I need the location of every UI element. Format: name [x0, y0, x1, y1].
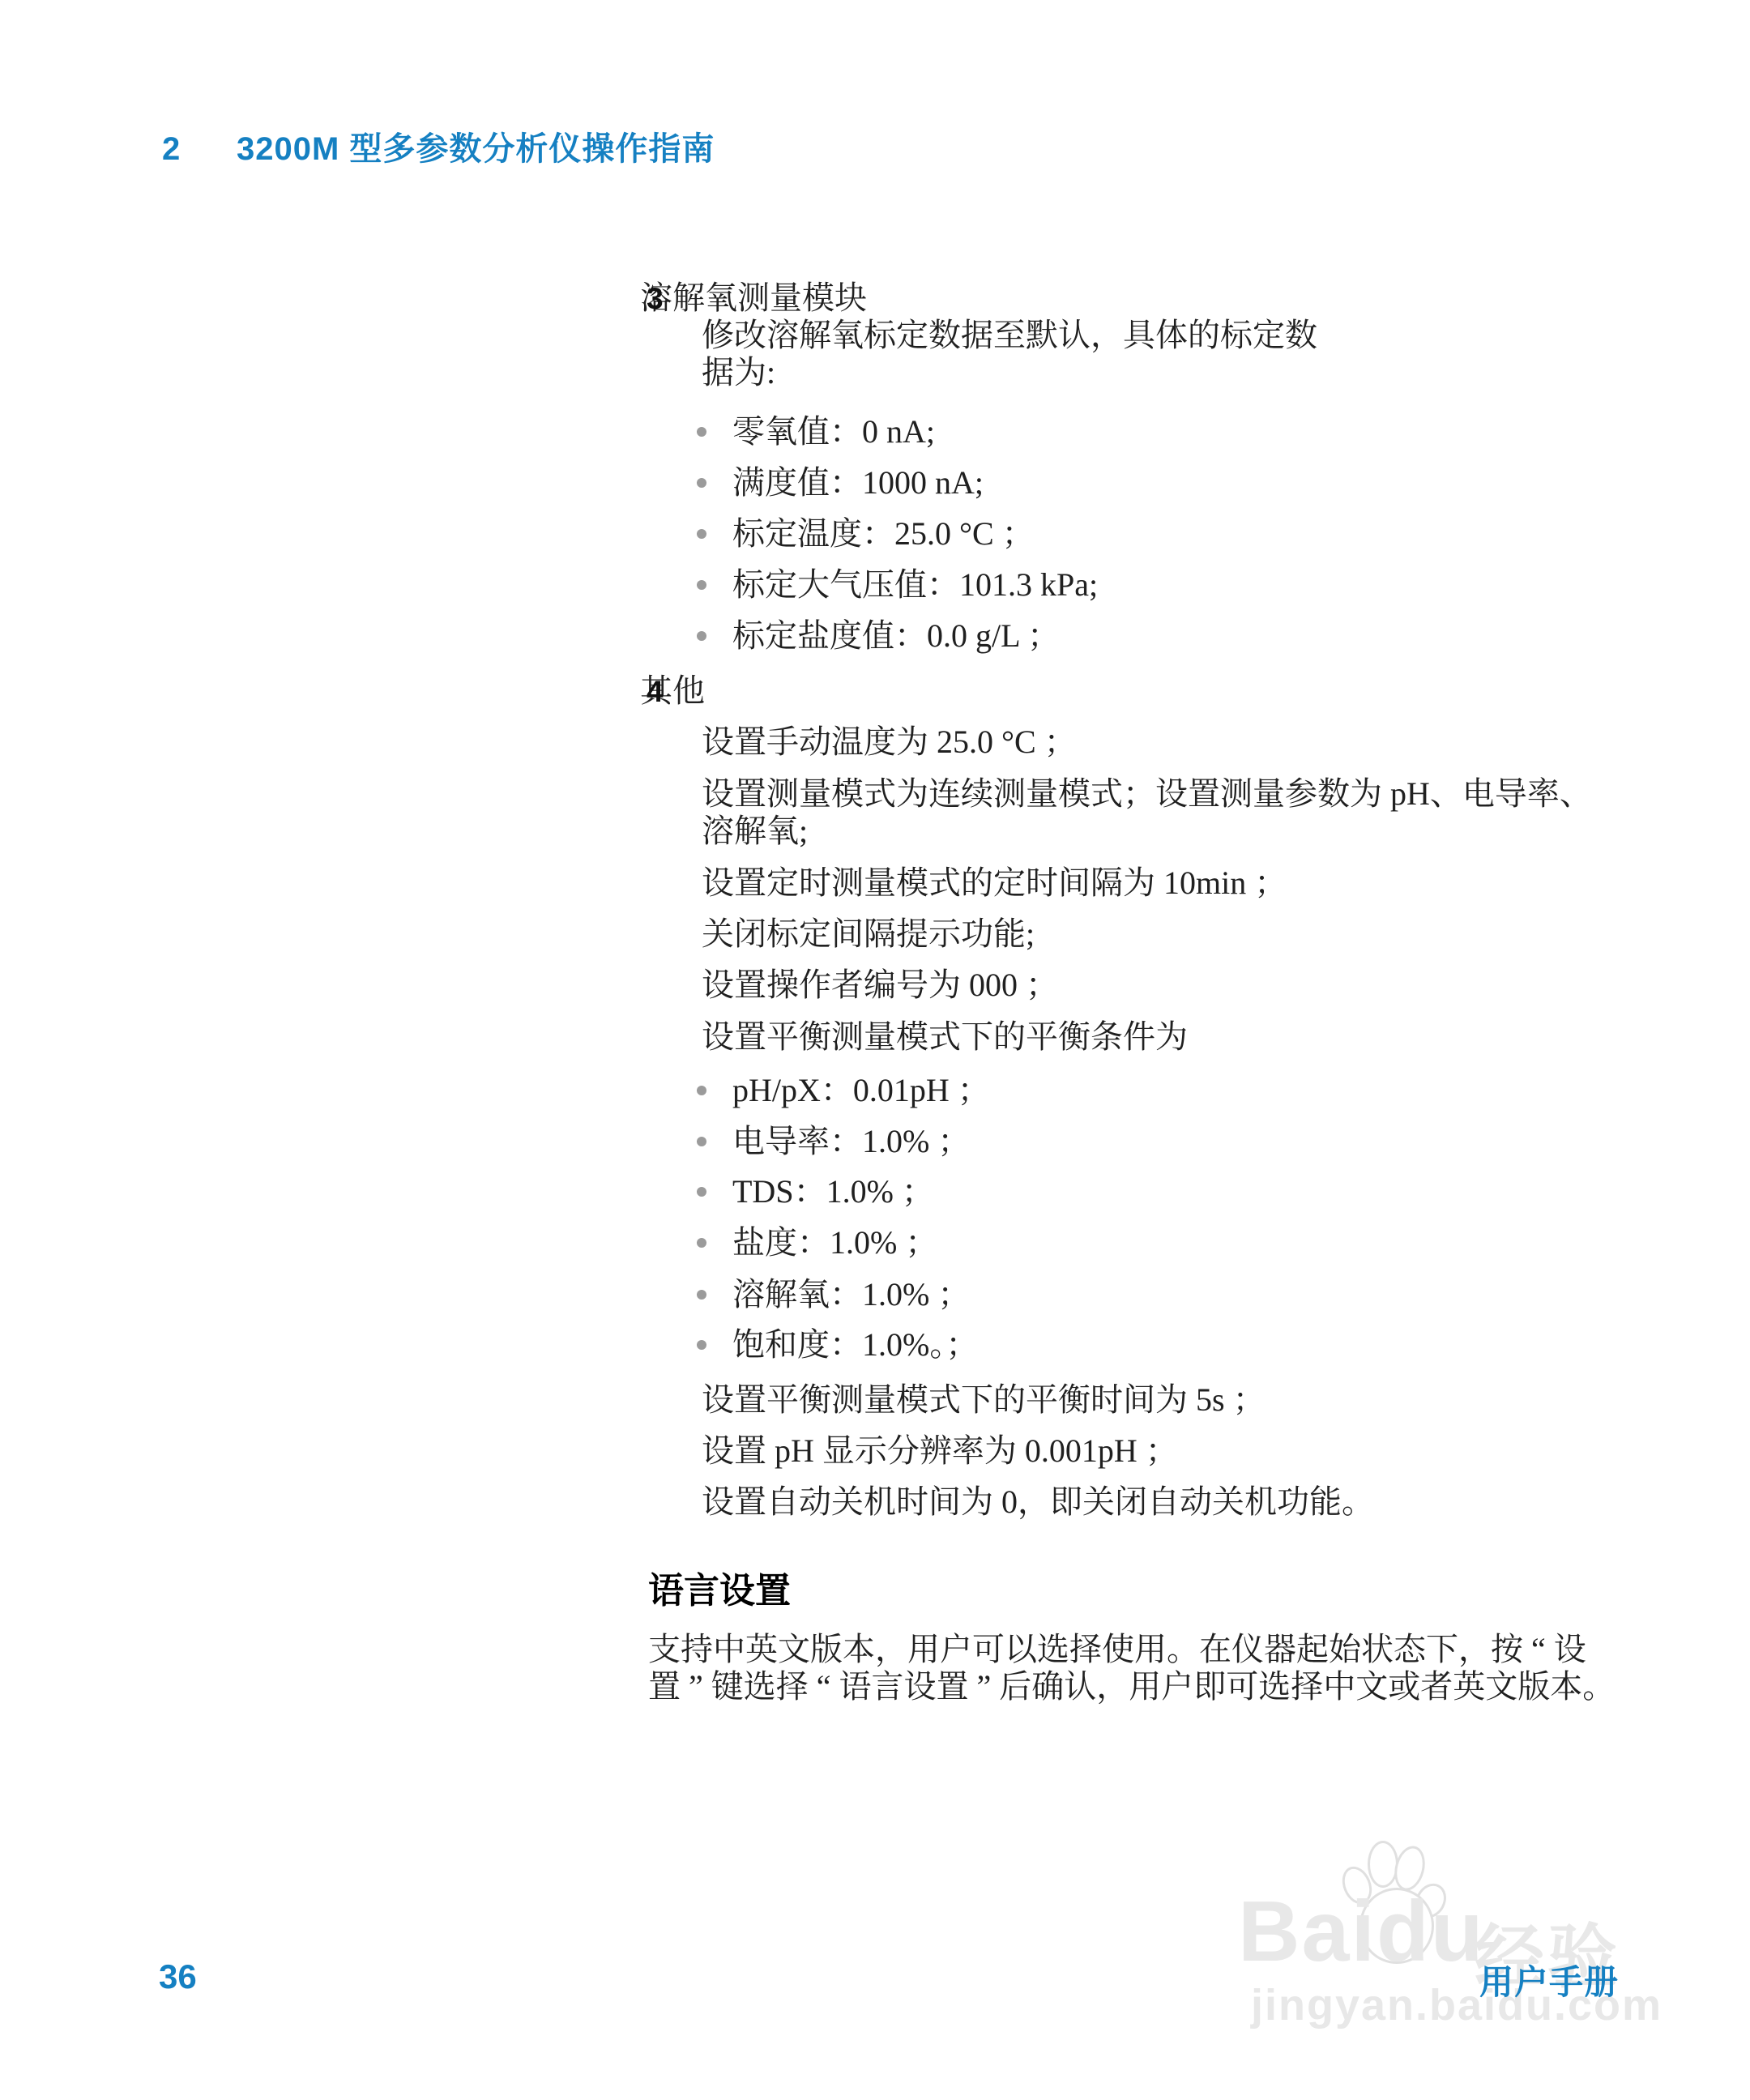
- chapter-number: 2: [162, 128, 237, 170]
- watermark-brand-text: Baidu: [1238, 1883, 1484, 1981]
- bullet-item: 标定大气压值：101.3 kPa;: [640, 566, 1653, 604]
- bullet-item: pH/pX：0.01pH ；: [640, 1072, 1653, 1109]
- bullet-icon: [697, 1086, 706, 1095]
- bullet-text: 满度值：1000 nA;: [732, 464, 984, 501]
- page-header: 23200M 型多参数分析仪操作指南: [162, 128, 715, 170]
- paragraph-line: 设置手动温度为 25.0 °C ；: [640, 723, 1653, 761]
- page-body: 3 溶解氧测量模块 修改溶解氧标定数据至默认，具体的标定数 据为: 零氧值：0 …: [640, 280, 1653, 1705]
- section-heading: 语言设置: [640, 1570, 1653, 1612]
- bullet-icon: [697, 1340, 706, 1350]
- bullet-item: 标定盐度值：0.0 g/L ；: [640, 617, 1653, 655]
- list-item: 4 其他: [640, 672, 1653, 710]
- list-item: 3 溶解氧测量模块: [640, 280, 1653, 317]
- page-title: 3200M 型多参数分析仪操作指南: [237, 131, 715, 167]
- manual-page: 23200M 型多参数分析仪操作指南 3 溶解氧测量模块 修改溶解氧标定数据至默…: [0, 0, 1750, 2100]
- paragraph-line: 关闭标定间隔提示功能;: [640, 916, 1653, 953]
- bullet-text: 电导率：1.0% ；: [732, 1123, 970, 1159]
- bullet-icon: [697, 580, 706, 590]
- bullet-text: 标定温度：25.0 °C ；: [732, 515, 1035, 552]
- footer-label: 用户手册: [1479, 1956, 1619, 2004]
- paragraph-line: 溶解氧;: [640, 813, 1653, 850]
- paragraph-line: 修改溶解氧标定数据至默认，具体的标定数: [640, 317, 1653, 354]
- bullet-text: 零氧值：0 nA;: [732, 413, 935, 450]
- bullet-text: 标定大气压值：101.3 kPa;: [732, 566, 1098, 603]
- bullet-icon: [697, 478, 706, 488]
- bullet-icon: [697, 427, 706, 437]
- paragraph-line: 设置定时测量模式的定时间隔为 10min ；: [640, 864, 1653, 902]
- paragraph-line: 设置自动关机时间为 0，即关闭自动关机功能。: [640, 1483, 1653, 1521]
- paragraph-line: 设置 pH 显示分辨率为 0.001pH ；: [640, 1432, 1653, 1470]
- baidu-jingyan-watermark: Baidu 经验 jingyan.baidu.com: [1238, 1831, 1724, 2050]
- paw-toe: [1368, 1841, 1398, 1888]
- bullet-icon: [697, 631, 706, 641]
- bullet-icon: [697, 1238, 706, 1248]
- list-item-number: 3: [647, 280, 664, 318]
- bullet-item: 满度值：1000 nA;: [640, 464, 1653, 502]
- bullet-text: pH/pX：0.01pH ；: [732, 1072, 990, 1108]
- bullet-item: 电导率：1.0% ；: [640, 1123, 1653, 1160]
- paragraph-line: 据为:: [640, 354, 1653, 391]
- bullet-icon: [697, 1290, 706, 1300]
- bullet-item: 标定温度：25.0 °C ；: [640, 515, 1653, 553]
- paragraph-line: 支持中英文版本，用户可以选择使用。在仪器起始状态下，按 “ 设: [640, 1631, 1653, 1668]
- bullet-icon: [697, 529, 706, 539]
- bullet-text: 盐度：1.0% ；: [732, 1224, 937, 1261]
- bullet-text: TDS：1.0% ；: [732, 1173, 934, 1210]
- paragraph-line: 设置平衡测量模式下的平衡时间为 5s ；: [640, 1381, 1653, 1419]
- bullet-item: 溶解氧：1.0% ；: [640, 1276, 1653, 1313]
- paragraph-line: 设置平衡测量模式下的平衡条件为: [640, 1018, 1653, 1056]
- bullet-icon: [697, 1187, 706, 1197]
- paragraph-line: 设置操作者编号为 000 ；: [640, 967, 1653, 1004]
- bullet-text: 溶解氧：1.0% ；: [732, 1276, 970, 1312]
- bullet-item: TDS：1.0% ；: [640, 1173, 1653, 1210]
- bullet-icon: [697, 1137, 706, 1146]
- list-item-title: 溶解氧测量模块: [640, 280, 867, 316]
- paragraph-line: 置 ” 键选择 “ 语言设置 ” 后确认，用户即可选择中文或者英文版本。: [640, 1668, 1653, 1705]
- list-item-number: 4: [647, 673, 664, 711]
- bullet-text: 标定盐度值：0.0 g/L ；: [732, 617, 1060, 654]
- bullet-item: 盐度：1.0% ；: [640, 1224, 1653, 1261]
- page-number: 36: [159, 1957, 197, 1996]
- bullet-item: 饱和度：1.0%。；: [640, 1326, 1653, 1364]
- bullet-text: 饱和度：1.0%。；: [732, 1326, 978, 1363]
- paragraph-line: 设置测量模式为连续测量模式；设置测量参数为 pH、电导率、: [640, 775, 1653, 813]
- bullet-item: 零氧值：0 nA;: [640, 413, 1653, 450]
